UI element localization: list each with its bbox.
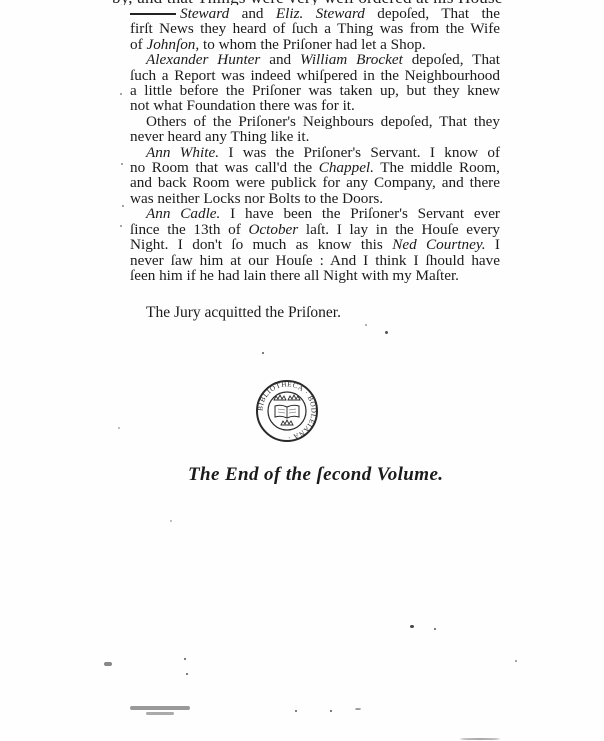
text-line: ſeen him if he had lain there all Night … xyxy=(130,268,500,283)
text-line: not what Foundation there was for it. xyxy=(130,98,500,113)
testimony-paragraph: Ann White. I was the Priſoner's Servant.… xyxy=(130,145,500,207)
text-line: firſt News they heard of ſuch a Thing wa… xyxy=(130,21,500,36)
text-line: never heard any Thing like it. xyxy=(130,129,500,144)
bodleian-library-stamp-icon: BIBLIOTHECA · BODLEIANA · xyxy=(255,378,319,444)
testimony-paragraph: Ann Cadle. I have been the Priſoner's Se… xyxy=(130,206,500,283)
text-line: and back Room were publick for any Compa… xyxy=(130,175,500,190)
text-line: of Johnſon, to whom the Priſoner had let… xyxy=(130,37,500,52)
testimony-body: Steward and Eliz. Steward depoſed, That … xyxy=(130,6,500,283)
text-line: ſuch a Report was indeed whiſpered in th… xyxy=(130,68,500,83)
verdict-line: The Jury acquitted the Priſoner. xyxy=(146,304,341,322)
text-line: Ann White. I was the Priſoner's Servant.… xyxy=(130,145,500,160)
text-run: of xyxy=(130,36,146,53)
text-line: Others of the Priſoner's Neighbours depo… xyxy=(130,114,500,129)
text-line: no Room that was call'd the Chappel. The… xyxy=(130,160,500,175)
em-dash-rule xyxy=(130,13,176,15)
text-line: ſince the 13th of October laſt. I lay in… xyxy=(130,222,500,237)
text-line: Night. I don't ſo much as know this Ned … xyxy=(130,237,500,252)
testimony-paragraph: Steward and Eliz. Steward depoſed, That … xyxy=(130,6,500,52)
text-line: a little before the Priſoner was taken u… xyxy=(130,83,500,98)
text-line: Steward and Eliz. Steward depoſed, That … xyxy=(130,6,500,21)
text-line: was neither Locks nor Bolts to the Doors… xyxy=(130,191,500,206)
scanned-page: by, and that Things were very well order… xyxy=(0,0,604,741)
text-line: never ſaw him at our Houſe : And I think… xyxy=(130,253,500,268)
testimony-paragraph: Others of the Priſoner's Neighbours depo… xyxy=(130,114,500,145)
text-run: ſeen him if he had lain there all Night … xyxy=(130,267,459,284)
end-of-volume-title: The End of the ſecond Volume. xyxy=(188,464,443,486)
text-line: Alexander Hunter and William Brocket dep… xyxy=(130,52,500,67)
text-line: Ann Cadle. I have been the Priſoner's Se… xyxy=(130,206,500,221)
testimony-paragraph: Alexander Hunter and William Brocket dep… xyxy=(130,52,500,114)
